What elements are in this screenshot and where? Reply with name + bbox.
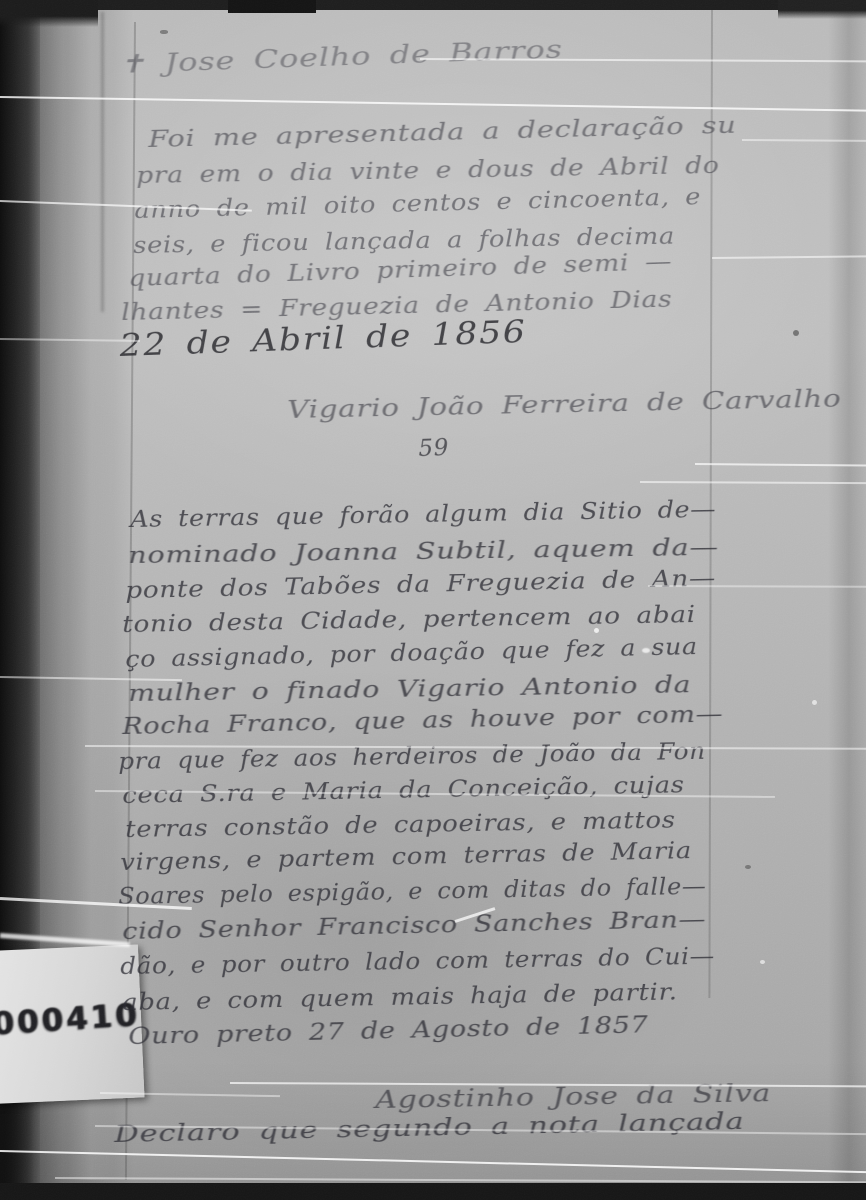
- folio-number-note: 59: [418, 435, 449, 462]
- photo-border-top-right: [778, 0, 866, 19]
- dust-speck: [594, 628, 599, 633]
- photo-border-top: [0, 0, 866, 10]
- archive-stamp-number: 000410: [0, 997, 142, 1043]
- dust-speck: [812, 700, 817, 705]
- photo-border-top-left: [0, 0, 98, 27]
- dust-speck: [760, 960, 765, 964]
- under-page-edge-line: [101, 12, 104, 312]
- scanned-manuscript-page: ✝ Jose Coelho de Barros Foi me apresenta…: [0, 0, 866, 1200]
- dust-speck: [642, 648, 650, 653]
- photo-border-notch: [228, 0, 316, 13]
- photo-border-bottom: [0, 1183, 866, 1200]
- dust-speck: [793, 330, 799, 336]
- dust-speck: [745, 865, 751, 869]
- stray-mark: [160, 30, 168, 34]
